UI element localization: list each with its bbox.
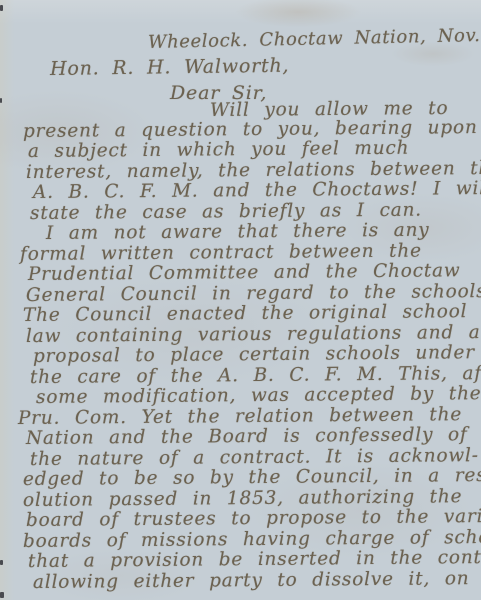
- letter-body: Will you allow me to present a question …: [8, 101, 479, 593]
- letter-recipient: Hon. R. H. Walworth,: [50, 55, 290, 80]
- letter-line: allowing either party to dissolve it, on: [33, 569, 479, 593]
- scanned-letter-page: Wheelock. Choctaw Nation, Nov. 23 '54 Ho…: [0, 0, 481, 600]
- scan-edge-speck: [0, 98, 2, 103]
- scan-edge-speck: [0, 5, 3, 11]
- scan-edge-speck: [0, 592, 4, 598]
- scan-edge-speck: [0, 560, 3, 565]
